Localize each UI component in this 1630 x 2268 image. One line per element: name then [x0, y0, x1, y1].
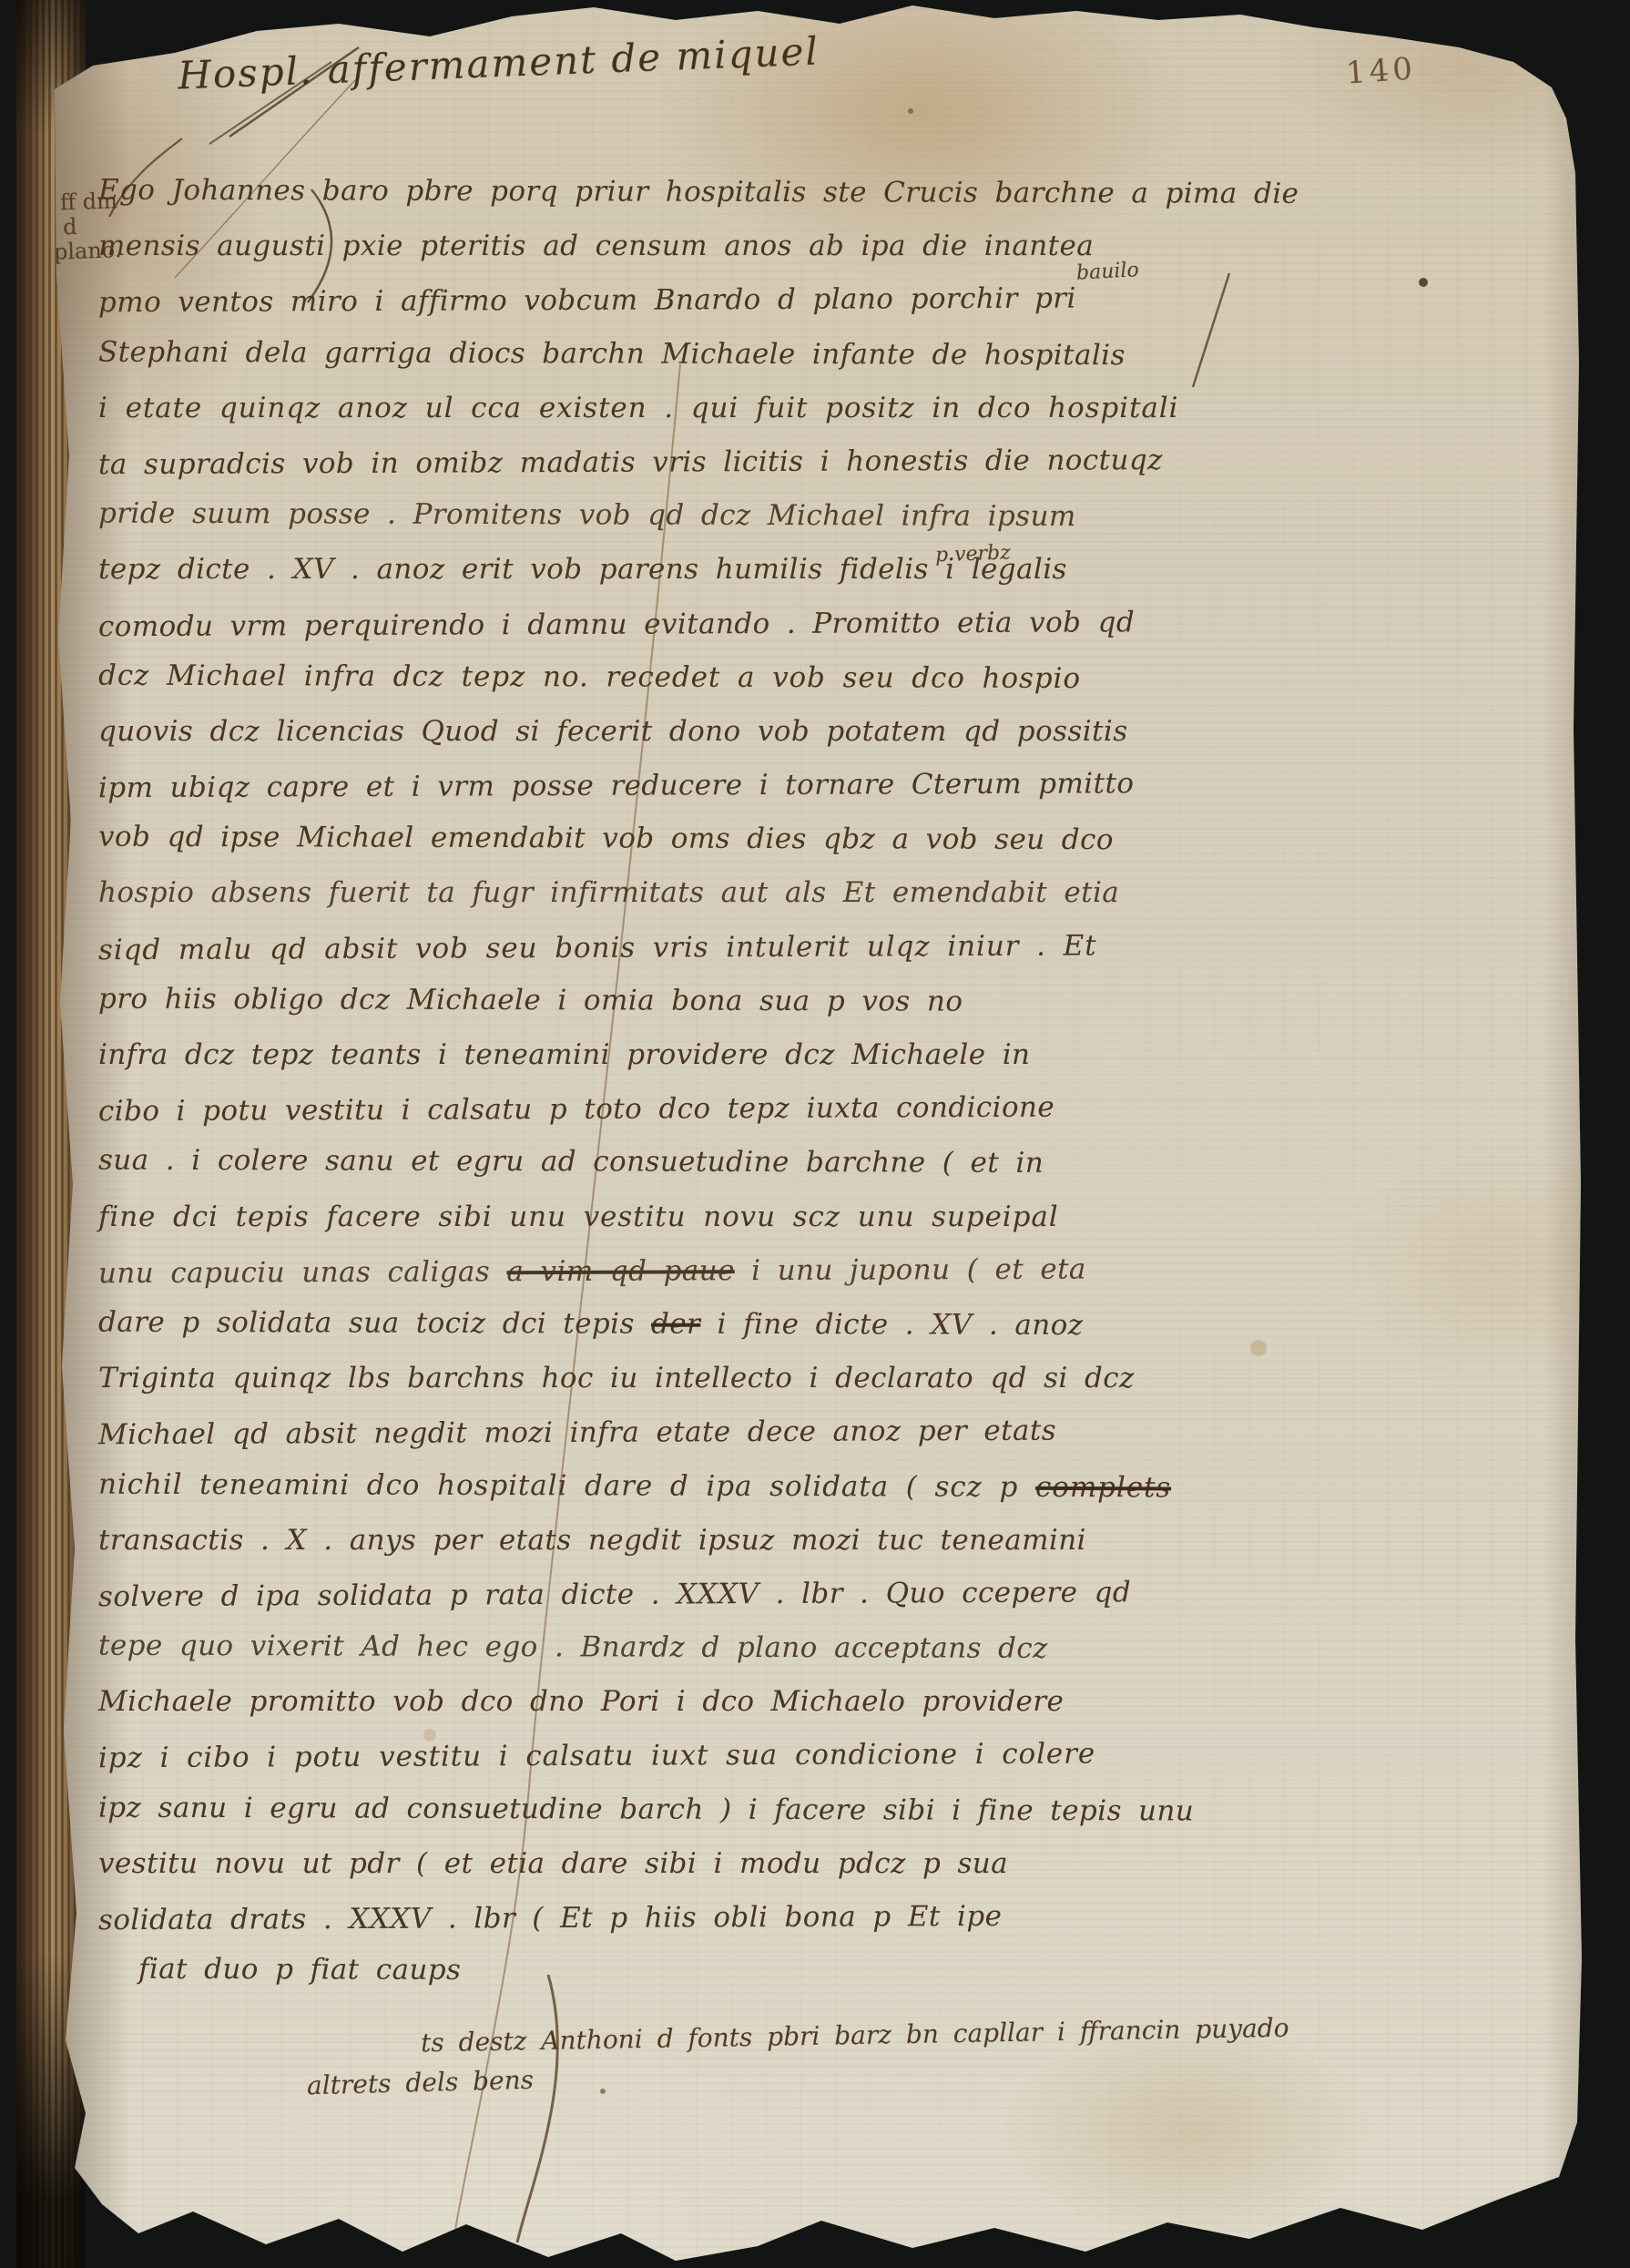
manuscript-line: Stephani dela garriga diocs barchn Micha…	[98, 325, 1446, 383]
struck-text: a vim qd paue	[506, 1254, 735, 1288]
manuscript-line: solvere d ipa solidata p rata dicte . XX…	[98, 1565, 1446, 1625]
ink-speck	[908, 108, 913, 114]
manuscript-line: pro hiis obligo dcz Michaele i omia bona…	[98, 972, 1446, 1030]
manuscript-line: dare p solidata sua tociz dci tepis der …	[98, 1296, 1446, 1354]
manuscript-line: ipm ubiqz capre et i vrm posse reducere …	[98, 756, 1446, 816]
manuscript-line: dcz Michael infra dcz tepz no. recedet a…	[98, 649, 1446, 707]
manuscript-line: nichil teneamini dco hospitali dare d ip…	[98, 1457, 1446, 1516]
manuscript-line: quovis dcz licencias Quod si fecerit don…	[98, 705, 1446, 759]
next-leaf-edge	[1578, 237, 1581, 2104]
descender-tail-stroke	[517, 1975, 557, 2242]
manuscript-line: hospio absens fuerit ta fugr infirmitats…	[98, 866, 1446, 920]
page-heading: Hospl. affermament de miquel	[177, 26, 870, 97]
manuscript-line: Ego Johannes baro pbre porq priur hospit…	[98, 164, 1446, 222]
manuscript-line: i etate quinqz anoz ul cca existen . qui…	[98, 382, 1446, 435]
manuscript-line: comodu vrm perquirendo i damnu evitando …	[98, 594, 1446, 654]
postscript-line: altrets dels bens	[307, 2065, 535, 2101]
struck-text: der	[651, 1308, 700, 1341]
manuscript-line: siqd malu qd absit vob seu bonis vris in…	[98, 917, 1446, 977]
manuscript-line: fine dci tepis facere sibi unu vestitu n…	[98, 1190, 1446, 1244]
manuscript-line: Triginta quinqz lbs barchns hoc iu intel…	[98, 1352, 1446, 1405]
manuscript-line: pride suum posse . Promitens vob qd dcz …	[98, 487, 1446, 546]
manuscript-line: ta supradcis vob in omibz madatis vris l…	[98, 433, 1446, 493]
manuscript-line: solidata drats . XXXV . lbr ( Et p hiis …	[98, 1888, 1446, 1948]
manuscript-line: transactis . X . anys per etats negdit i…	[98, 1514, 1446, 1568]
manuscript-line: Michael qd absit negdit mozi infra etate…	[98, 1403, 1446, 1463]
manuscript-line: unu capuciu unas caligas a vim qd paue i…	[98, 1241, 1446, 1302]
manuscript-body-text: Ego Johannes baro pbre porq priur hospit…	[98, 166, 1446, 1998]
manuscript-line: mensis augusti pxie pteritis ad censum a…	[98, 220, 1446, 273]
manuscript-line: vestitu novu ut pdr ( et etia dare sibi …	[98, 1837, 1446, 1891]
manuscript-line: Michaele promitto vob dco dno Pori i dco…	[98, 1675, 1446, 1729]
postscript-line: ts destz Anthoni d fonts pbri barz bn ca…	[421, 2013, 1289, 2059]
manuscript-line: infra dcz tepz teants i teneamini provid…	[98, 1028, 1446, 1082]
manuscript-line: cibo i potu vestitu i calsatu p toto dco…	[98, 1079, 1446, 1139]
photograph-backdrop: { "document": { "folio_number": "140", "…	[0, 0, 1630, 2268]
manuscript-line: ipz sanu i egru ad consuetudine barch ) …	[98, 1781, 1446, 1839]
ink-speck	[600, 2089, 606, 2094]
manuscript-line: tepz dicte . XV . anoz erit vob parens h…	[98, 543, 1446, 597]
manuscript-line: fiat duo p fiat caups	[98, 1943, 1446, 2001]
manuscript-line: sua . i colere sanu et egru ad consuetud…	[98, 1134, 1446, 1192]
manuscript-line: vob qd ipse Michael emendabit vob oms di…	[98, 811, 1446, 869]
manuscript-line: ipz i cibo i potu vestitu i calsatu iuxt…	[98, 1726, 1446, 1786]
manuscript-page: Hospl. affermament de miquel 140 p ff dm…	[38, 0, 1592, 2268]
folio-number: 140	[1345, 50, 1418, 91]
struck-text: complets	[1035, 1470, 1171, 1503]
manuscript-line: pmo ventos miro i affirmo vobcum Bnardo …	[98, 271, 1446, 331]
manuscript-line: tepe quo vixerit Ad hec ego . Bnardz d p…	[98, 1619, 1446, 1678]
